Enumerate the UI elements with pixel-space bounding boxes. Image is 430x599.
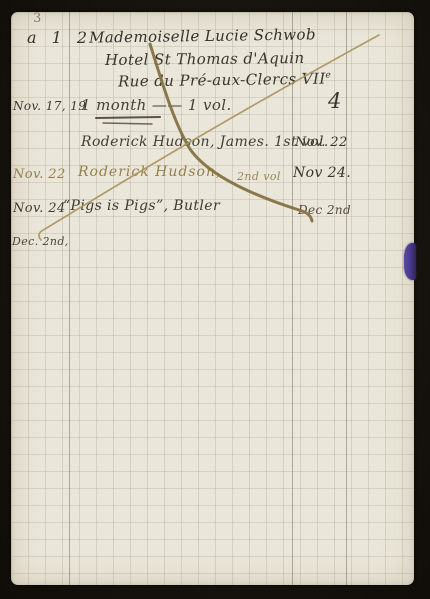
entry-title: “Pigs is Pigs”, Butler xyxy=(63,198,220,214)
address-street: Rue du Pré-aux-Clercs VII xyxy=(118,70,326,91)
subscription-terms: 1 month —— 1 vol. xyxy=(81,96,232,114)
scan-backdrop: 3 a 1 2 Mademoiselle Lucie Schwob Hotel … xyxy=(0,0,430,599)
pencil-number: 3 xyxy=(33,11,42,26)
month-underline xyxy=(96,117,160,118)
lending-card: 3 a 1 2 Mademoiselle Lucie Schwob Hotel … xyxy=(11,12,414,585)
arrondissement-superscript: e xyxy=(325,71,331,81)
month-underline-2 xyxy=(103,123,152,124)
entry-date-out: Nov. 24 xyxy=(13,201,66,216)
purple-ink-stain xyxy=(404,243,416,280)
address-line-2: Rue du Pré-aux-Clercs VIIe xyxy=(118,70,332,91)
right-column-rule xyxy=(346,12,347,585)
entry-title: Roderick Hudson, James. 1st vol. xyxy=(81,134,329,150)
deposit-amount: 4 xyxy=(328,89,342,113)
entry-return-date: Dec 2nd xyxy=(298,203,351,217)
return-column-rule xyxy=(292,12,293,585)
address-line-1: Hotel St Thomas d'Aquin xyxy=(105,49,305,69)
entry-volume-note: 2nd vol xyxy=(237,170,281,183)
entry-return-date: Nov. 22 xyxy=(295,135,348,150)
entry-date-out: Dec. 2nd, xyxy=(12,235,69,248)
left-margin-rule xyxy=(69,12,70,585)
entry-return-date: Nov 24. xyxy=(293,165,351,181)
subscription-date: Nov. 17, 19 xyxy=(13,99,86,113)
member-name: Mademoiselle Lucie Schwob xyxy=(89,25,316,46)
entry-date-out: Nov. 22 xyxy=(13,167,66,182)
entry-title: Roderick Hudson, xyxy=(78,164,221,180)
shelf-mark: a 1 2 xyxy=(27,28,92,47)
